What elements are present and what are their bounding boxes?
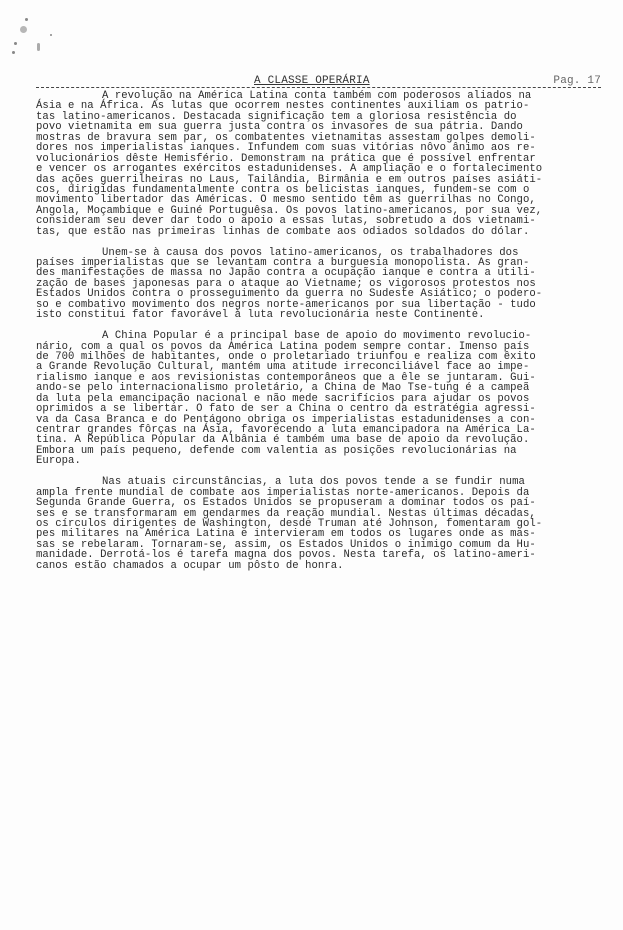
text-line: e vencer os arrogantes exércitos estadun… [36,164,606,174]
paragraph-2: Unem-se à causa dos povos latino-america… [36,248,606,321]
text-line: oprimidos a se libertar. O fato de ser a… [36,404,606,414]
paragraph-1: A revolução na América Latina conta tamb… [36,91,606,237]
text-line: isto constitui fator favorável à luta re… [36,310,606,320]
page-number: Pag. 17 [553,75,601,87]
paragraph-3: A China Popular é a principal base de ap… [36,331,606,467]
text-line: Segunda Grande Guerra, os Estados Unidos… [36,498,606,508]
text-line: Embora um país pequeno, defende com vale… [36,446,606,456]
document-page: A CLASSE OPERÁRIA Pag. 17 A revolução na… [0,0,623,930]
article-body: A revolução na América Latina conta tamb… [36,91,606,582]
text-line: Europa. [36,456,606,466]
page-header: A CLASSE OPERÁRIA Pag. 17 [36,75,601,88]
text-line: tas, que estão nas primeiras linhas de c… [36,227,606,237]
paragraph-4: Nas atuais circunstâncias, a luta dos po… [36,477,606,571]
text-line: A China Popular é a principal base de ap… [36,331,606,341]
publication-title: A CLASSE OPERÁRIA [254,75,370,87]
scan-specks [10,10,50,60]
text-line: canos estão chamados a ocupar um pôsto d… [36,561,606,571]
